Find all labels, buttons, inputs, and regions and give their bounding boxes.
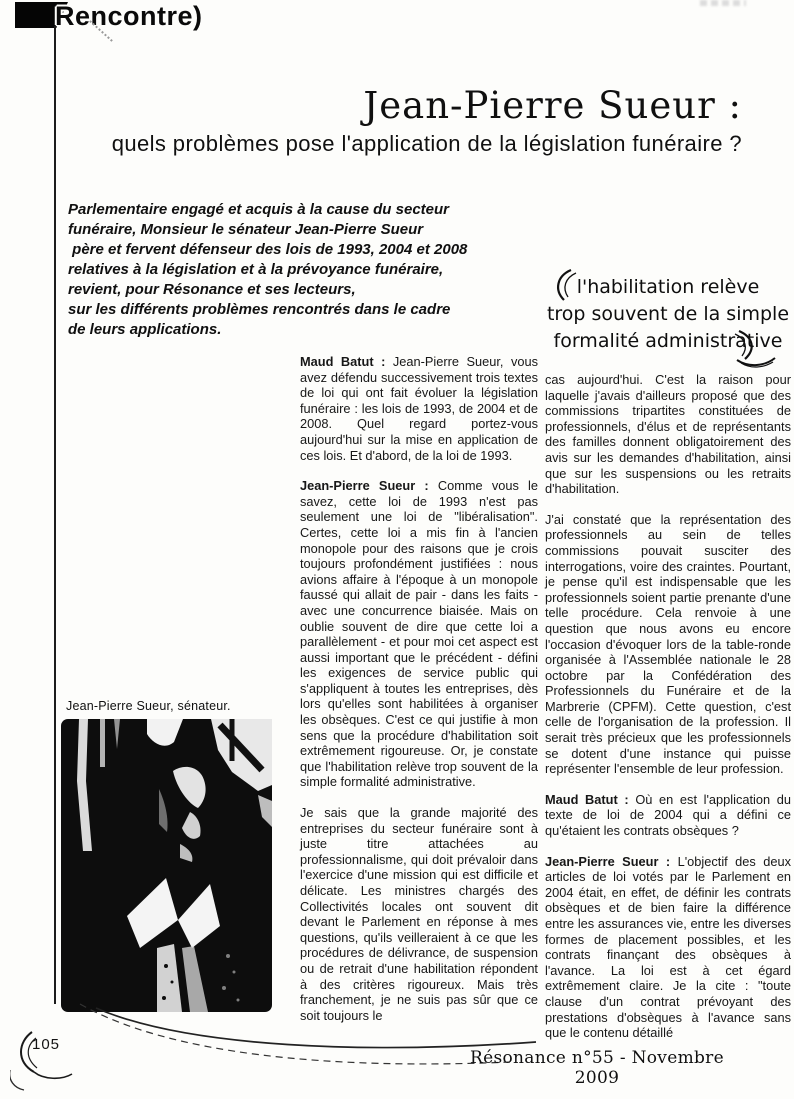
interview-column-right: cas aujourd'hui. C'est la raison pour la… [545, 372, 791, 1056]
section-label: Rencontre) [55, 1, 203, 32]
paragraph-text: Comme vous le savez, cette loi de 1993 n… [300, 478, 538, 789]
paragraph-text: cas aujourd'hui. C'est la raison pour la… [545, 372, 791, 496]
interview-paragraph: Maud Batut : Jean-Pierre Sueur, vous ave… [300, 354, 538, 463]
pull-quote-line: l'habilitation relève [543, 274, 793, 301]
interview-paragraph: Maud Batut : Où en est l'application du … [545, 792, 791, 839]
photo-caption: Jean-Pierre Sueur, sénateur. [66, 699, 231, 713]
speaker-name: Jean-Pierre Sueur : [300, 478, 429, 493]
standfirst-line: Parlementaire engagé et acquis à la caus… [68, 200, 498, 220]
article-title-name: Jean-Pierre Sueur : [68, 84, 742, 127]
close-quote-icon [733, 329, 777, 377]
paragraph-text: Je sais que la grande majorité des entre… [300, 805, 538, 1023]
footer-issue-line: Résonance n°55 - Novembre 2009 [447, 1048, 747, 1088]
paragraph-text: J'ai constaté que la représentation des … [545, 512, 791, 777]
portrait-photo [61, 719, 272, 1012]
speaker-name: Jean-Pierre Sueur : [545, 854, 670, 869]
open-quote-icon [549, 268, 577, 310]
interview-paragraph: J'ai constaté que la représentation des … [545, 512, 791, 777]
interview-column-middle: Maud Batut : Jean-Pierre Sueur, vous ave… [300, 354, 538, 1038]
magazine-page: Rencontre) Jean-Pierre Sueur : quels pro… [0, 0, 794, 1099]
interview-paragraph: cas aujourd'hui. C'est la raison pour la… [545, 372, 791, 497]
speaker-name: Maud Batut : [545, 792, 629, 807]
interview-paragraph: Jean-Pierre Sueur : Comme vous le savez,… [300, 478, 538, 790]
standfirst-line: funéraire, Monsieur le sénateur Jean-Pie… [68, 220, 498, 240]
article-title-question: quels problèmes pose l'application de la… [68, 131, 742, 157]
pull-quote-line: trop souvent de la simple [543, 301, 793, 328]
standfirst-line: revient, pour Résonance et ses lecteurs, [68, 280, 498, 300]
standfirst-line: sur les différents problèmes rencontrés … [68, 300, 498, 320]
pull-quote: l'habilitation relève trop souvent de la… [543, 274, 793, 355]
paragraph-text: Jean-Pierre Sueur, vous avez défendu suc… [300, 354, 538, 463]
interview-paragraph: Je sais que la grande majorité des entre… [300, 805, 538, 1023]
scan-corner-artifact [700, 0, 746, 6]
standfirst-line: père et fervent défenseur des lois de 19… [68, 240, 498, 260]
standfirst-line: relatives à la législation et à la prévo… [68, 260, 498, 280]
standfirst-line: de leurs applications. [68, 320, 498, 340]
page-number-ornament: 105 [10, 1026, 100, 1092]
left-vertical-rule [54, 26, 56, 1004]
standfirst: Parlementaire engagé et acquis à la caus… [68, 200, 498, 340]
speaker-name: Maud Batut : [300, 354, 385, 369]
page-number: 105 [32, 1036, 60, 1053]
